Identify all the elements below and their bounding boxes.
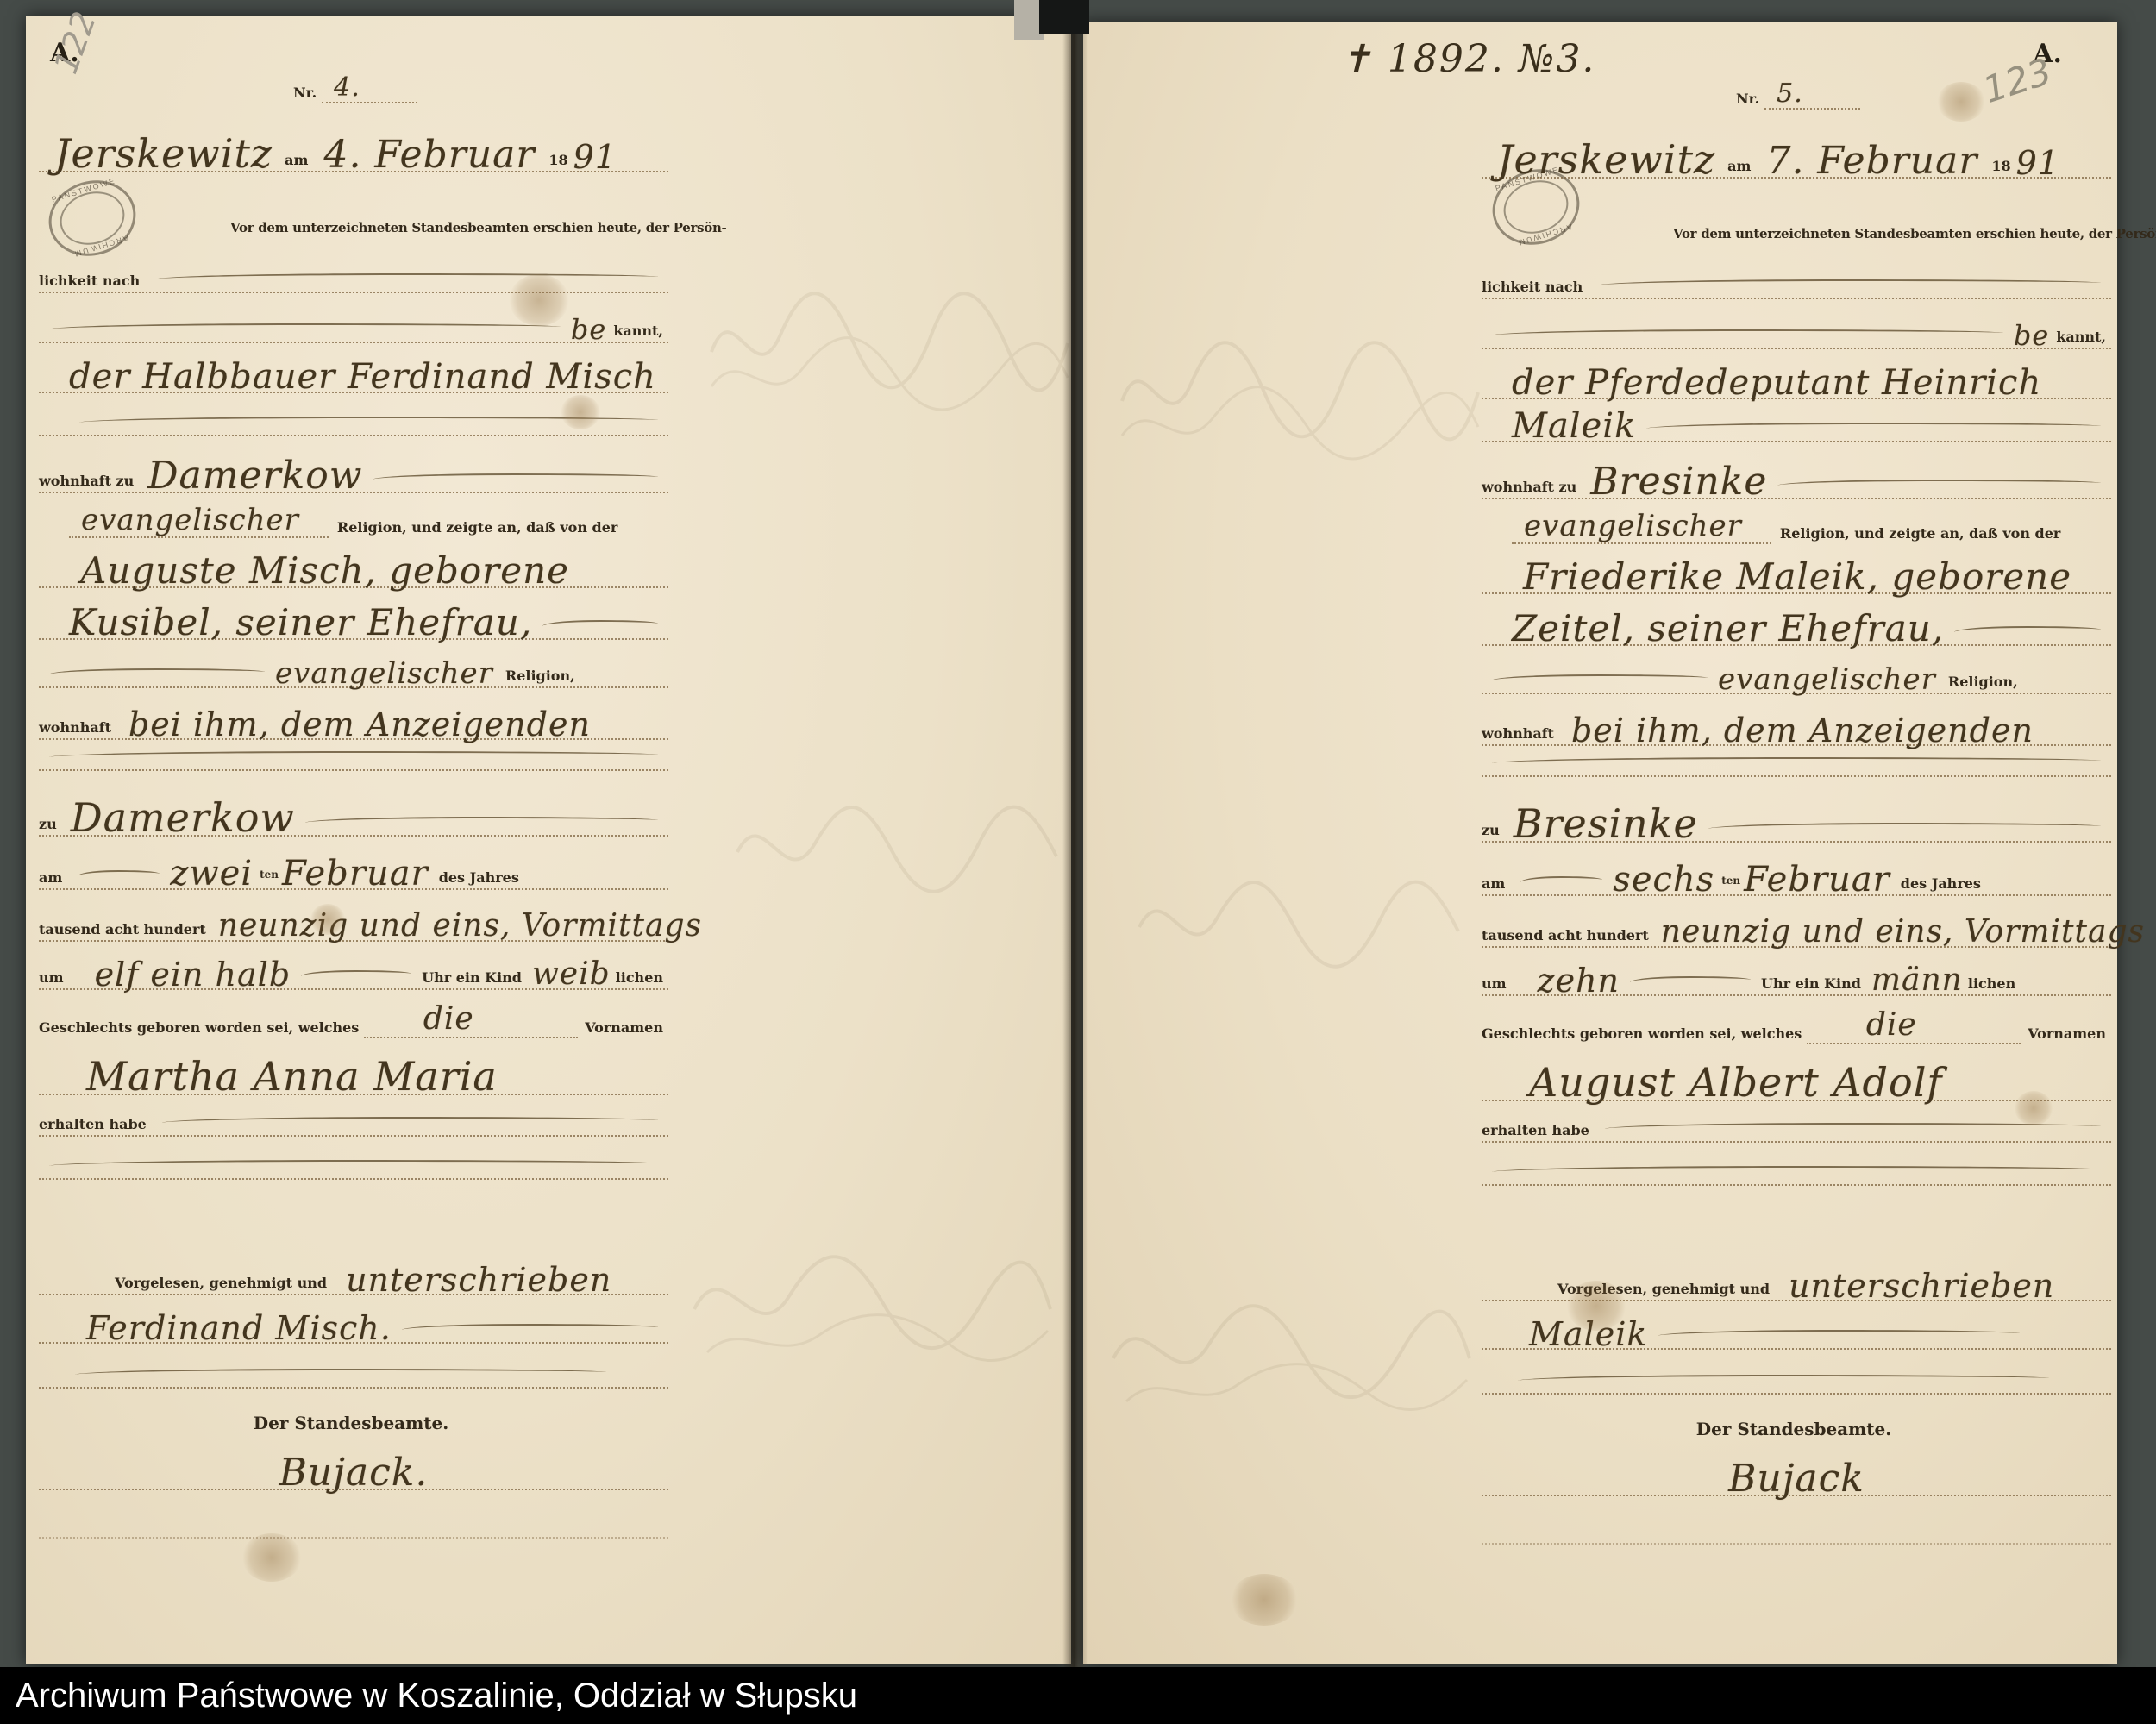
blank-stroke	[305, 817, 658, 827]
year-suffix: 91	[573, 143, 617, 171]
showthrough-artifact	[1109, 1272, 1471, 1419]
declarant-signature: Ferdinand Misch.	[86, 1314, 392, 1342]
birth-place-value: Damerkow	[62, 801, 295, 835]
declarant-row-1: der Pferdedeputant Heinrich	[1482, 351, 2111, 399]
mother-line2: Zeitel, seiner Ehefrau,	[1512, 613, 1944, 644]
birth-date-row: am zwei ten Februar des Jahres	[39, 842, 668, 890]
declarant-row-2: Maleik	[1482, 401, 2111, 442]
religion-row-1: evangelischer Religion, und zeigte an, d…	[39, 495, 668, 538]
wohnhaft-label: wohnhaft	[39, 721, 116, 738]
ten-label: ten	[1714, 875, 1744, 894]
blank-row	[39, 747, 668, 771]
kannt-label: kannt,	[606, 324, 668, 342]
showthrough-artifact	[733, 792, 1061, 912]
showthrough-artifact	[707, 274, 1069, 412]
year-prefix: 18	[1977, 160, 2015, 177]
form-column: Nr. 5. Jerskewitz am 7. Februar 18 91 Vo…	[1482, 22, 2111, 1600]
blank-stroke	[1708, 823, 2101, 833]
blank-stroke	[49, 751, 658, 762]
declarant-line1: der Halbbauer Ferdinand Misch	[69, 362, 656, 392]
birth-year-row: tausend acht hundert neunzig und eins, V…	[1482, 901, 2111, 948]
signature-row: Ferdinand Misch.	[39, 1299, 668, 1344]
residence-value: Bresinke	[1582, 466, 1767, 498]
archive-caption-text: Archiwum Państwowe w Koszalinie, Oddział…	[16, 1677, 857, 1715]
erhalten-row: erhalten habe	[39, 1104, 668, 1137]
birth-month-value: Februar	[1744, 865, 1890, 894]
blank-stroke	[1492, 674, 1708, 685]
residence-row: wohnhaft zu Damerkow	[39, 440, 668, 493]
lichen-label: lichen	[1963, 977, 2021, 994]
place-value: Jerskewitz	[1497, 143, 1715, 177]
place-date-row: Jerskewitz am 7. Februar 18 91	[1482, 104, 2111, 179]
blank-stroke	[1492, 1166, 2101, 1176]
book-gutter-shadow	[1062, 0, 1088, 1668]
mother-line2: Kusibel, seiner Ehefrau,	[69, 607, 532, 638]
intro-line2: lichkeit nach	[1482, 280, 1588, 298]
registrar-signature-row: Bujack	[1482, 1443, 2111, 1496]
birth-time-value: elf ein halb	[69, 961, 291, 988]
wohnhaft-value: bei ihm, dem Anzeigenden	[116, 711, 591, 738]
blank-stroke	[542, 620, 658, 630]
form-column: Nr. 4. Jerskewitz am 4. Februar 18 91 Vo…	[39, 16, 668, 1594]
intro-row: Vor dem unterzeichneten Standesbeamten e…	[1482, 222, 2111, 244]
blank-stroke	[49, 1160, 658, 1170]
erhalten-label: erhalten habe	[1482, 1124, 1595, 1141]
intro-line2: lichkeit nach	[39, 274, 145, 292]
register-page-right: A. 123 ✝ 1892. №3. PAŃSTWOWE ARCHIWUM Nr…	[1083, 22, 2117, 1664]
vorgelesen-label: Vorgelesen, genehmigt und	[115, 1276, 332, 1294]
declarant-row-1: der Halbbauer Ferdinand Misch	[39, 345, 668, 393]
zu-label: zu	[1482, 824, 1505, 841]
bekannt-row: be kannt,	[39, 310, 668, 343]
blank-row	[1482, 1365, 2111, 1395]
geschlechts-label: Geschlechts geboren worden sei, welches	[39, 1021, 364, 1038]
showthrough-artifact	[1118, 323, 1480, 461]
blank-stroke	[78, 870, 160, 881]
living-with-row: wohnhaft bei ihm, dem Anzeigenden	[1482, 698, 2111, 746]
father-religion: evangelischer	[69, 508, 329, 538]
year-suffix: 91	[2016, 149, 2059, 177]
birth-place-row: zu Damerkow	[39, 785, 668, 837]
religion-zeigte-label: Religion, und zeigte an, daß von der	[329, 521, 623, 538]
birth-date-row: am sechs ten Februar des Jahres	[1482, 848, 2111, 896]
registrar-label-row: Der Standesbeamte.	[39, 1411, 668, 1435]
um-label: um	[39, 971, 69, 988]
kannt-label: kannt,	[2049, 330, 2111, 348]
blank-stroke	[1520, 876, 1602, 887]
birth-month-value: Februar	[282, 859, 429, 888]
paper-stain	[1566, 1281, 1626, 1331]
geschlechts-row: Geschlechts geboren worden sei, welches …	[1482, 1006, 2111, 1044]
unterschrieben-hand: unterschrieben	[332, 1266, 611, 1294]
registrar-signature: Bujack	[1728, 1463, 1865, 1495]
article-hand: die	[1807, 1012, 2021, 1044]
year-prefix: 18	[535, 154, 573, 171]
showthrough-artifact	[1135, 867, 1463, 987]
birth-place-value: Bresinke	[1505, 807, 1698, 841]
child-names-value: Martha Anna Maria	[86, 1060, 498, 1094]
intro-line1: Vor dem unterzeichneten Standesbeamten e…	[1673, 228, 2156, 244]
am2-label: am	[39, 871, 67, 888]
mother-religion: evangelischer	[275, 661, 493, 686]
birth-time-value: zehn	[1512, 967, 1620, 994]
paper-stain	[2015, 1091, 2053, 1125]
uhr-ein-kind-label: Uhr ein Kind	[1761, 977, 1866, 994]
declarant-line2: Maleik	[1512, 411, 1636, 441]
binding-clip-dark	[1039, 0, 1089, 34]
blank-stroke	[402, 1324, 658, 1334]
father-religion: evangelischer	[1512, 514, 1771, 544]
blank-stroke	[1598, 279, 2101, 290]
blank-stroke	[162, 1117, 658, 1127]
religion-row-2: evangelischer Religion,	[1482, 653, 2111, 694]
birth-year-value: neunzig und eins, Vormittags	[1654, 919, 2145, 946]
mother-religion: evangelischer	[1718, 668, 1936, 693]
blank-stroke	[1492, 329, 2003, 340]
geschlechts-row: Geschlechts geboren worden sei, welches …	[39, 1000, 668, 1038]
vorgelesen-row: Vorgelesen, genehmigt und unterschrieben	[39, 1247, 668, 1295]
paper-stain	[561, 395, 600, 429]
intro-line1: Vor dem unterzeichneten Standesbeamten e…	[230, 222, 731, 238]
blank-stroke	[1658, 1330, 2020, 1340]
des-jahres-label: des Jahres	[1890, 877, 1986, 894]
geschlechts-label: Geschlechts geboren worden sei, welches	[1482, 1027, 1807, 1044]
blank-row	[1482, 753, 2111, 777]
lichen-label: lichen	[611, 971, 668, 988]
intro-row: Vor dem unterzeichneten Standesbeamten e…	[39, 216, 668, 238]
living-with-row: wohnhaft bei ihm, dem Anzeigenden	[39, 692, 668, 740]
unterschrieben-hand: unterschrieben	[1775, 1272, 2054, 1300]
registrar-signature: Bujack.	[279, 1457, 429, 1489]
am2-label: am	[1482, 877, 1510, 894]
mother-row-2: Kusibel, seiner Ehefrau,	[39, 590, 668, 640]
blank-stroke	[1518, 1375, 2049, 1385]
wohnhaft-label: wohnhaft	[1482, 727, 1559, 744]
mother-row-1: Auguste Misch, geborene	[39, 540, 668, 588]
child-names-row: Martha Anna Maria	[39, 1040, 668, 1095]
residence-value: Damerkow	[139, 460, 362, 492]
erhalten-label: erhalten habe	[39, 1118, 152, 1135]
birth-place-row: zu Bresinke	[1482, 791, 2111, 843]
tausend-label: tausend acht hundert	[39, 923, 211, 940]
article-hand: die	[364, 1006, 578, 1038]
des-jahres-label: des Jahres	[429, 871, 524, 888]
child-names-row: August Albert Adolf	[1482, 1046, 2111, 1101]
gender-hand: weib	[527, 962, 611, 988]
blank-stroke	[1954, 626, 2101, 636]
standesbeamte-label: Der Standesbeamte.	[1696, 1420, 1896, 1441]
blank-stroke	[49, 668, 265, 679]
child-names-value: August Albert Adolf	[1529, 1066, 1942, 1100]
place-value: Jerskewitz	[54, 137, 273, 171]
zu-label: zu	[39, 818, 62, 835]
blank-stroke	[155, 273, 658, 284]
um-label: um	[1482, 977, 1512, 994]
tausend-label: tausend acht hundert	[1482, 929, 1654, 946]
birth-day-value: sechs	[1613, 865, 1714, 894]
blank-stroke	[373, 473, 658, 484]
blank-stroke	[1646, 423, 2101, 433]
be-hand: be	[571, 318, 606, 342]
paper-stain	[241, 1533, 302, 1582]
showthrough-artifact	[690, 1223, 1052, 1370]
identity-row: lichkeit nach	[39, 266, 668, 293]
religion-label: Religion,	[493, 669, 580, 686]
archive-caption-bar: Archiwum Państwowe w Koszalinie, Oddział…	[0, 1667, 2156, 1724]
paper-stain	[1937, 82, 1985, 122]
blank-stroke	[49, 323, 561, 334]
mother-line1: Auguste Misch, geborene	[80, 555, 569, 586]
paper-stain	[509, 274, 569, 326]
religion-zeigte-label: Religion, und zeigte an, daß von der	[1771, 527, 2065, 544]
ten-label: ten	[253, 869, 282, 888]
residence-row: wohnhaft zu Bresinke	[1482, 446, 2111, 499]
birth-time-row: um zehn Uhr ein Kind männ lichen	[1482, 951, 2111, 996]
birth-year-row: tausend acht hundert neunzig und eins, V…	[39, 895, 668, 942]
registrar-label-row: Der Standesbeamte.	[1482, 1417, 2111, 1441]
mother-row-2: Zeitel, seiner Ehefrau,	[1482, 596, 2111, 646]
birth-time-row: um elf ein halb Uhr ein Kind weib lichen	[39, 945, 668, 990]
wohnhaft-zu-label: wohnhaft zu	[1482, 480, 1582, 498]
registrar-signature-row: Bujack.	[39, 1437, 668, 1490]
faint-rule	[1482, 1539, 2111, 1545]
gender-hand: männ	[1866, 968, 1963, 994]
bekannt-row: be kannt,	[1482, 317, 2111, 349]
date-value: 7. Februar	[1756, 145, 1977, 177]
wohnhaft-zu-label: wohnhaft zu	[39, 474, 139, 492]
blank-row	[1482, 1160, 2111, 1186]
paper-stain	[310, 904, 345, 935]
religion-label: Religion,	[1936, 675, 2023, 693]
paper-stain	[1230, 1574, 1299, 1626]
am-label: am	[1715, 160, 1756, 177]
wohnhaft-value: bei ihm, dem Anzeigenden	[1559, 717, 2034, 744]
declarant-line1: der Pferdedeputant Heinrich	[1512, 368, 2041, 398]
mother-row-1: Friederike Maleik, geborene	[1482, 546, 2111, 594]
standesbeamte-label: Der Standesbeamte.	[254, 1414, 454, 1435]
blank-stroke	[1630, 976, 1751, 987]
blank-stroke	[301, 970, 411, 981]
place-date-row: Jerskewitz am 4. Februar 18 91	[39, 98, 668, 172]
blank-stroke	[1777, 480, 2101, 490]
blank-stroke	[75, 1369, 606, 1379]
birth-day-value: zwei	[170, 859, 253, 888]
blank-row	[39, 1154, 668, 1180]
vornamen-label: Vornamen	[2021, 1027, 2111, 1044]
faint-rule	[39, 1533, 668, 1539]
scanned-register-photo: A. 122 PAŃSTWOWE ARCHIWUM Nr. 4. Jerskew…	[0, 0, 2156, 1724]
uhr-ein-kind-label: Uhr ein Kind	[422, 971, 527, 988]
date-value: 4. Februar	[313, 139, 535, 171]
blank-stroke	[1492, 757, 2101, 768]
religion-row-2: evangelischer Religion,	[39, 647, 668, 688]
register-page-left: A. 122 PAŃSTWOWE ARCHIWUM Nr. 4. Jerskew…	[26, 16, 1071, 1664]
be-hand: be	[2014, 324, 2049, 348]
identity-row: lichkeit nach	[1482, 272, 2111, 299]
am-label: am	[273, 154, 313, 171]
blank-row	[39, 1359, 668, 1389]
mother-line1: Friederike Maleik, geborene	[1523, 561, 2071, 592]
religion-row-1: evangelischer Religion, und zeigte an, d…	[1482, 501, 2111, 544]
birth-year-value: neunzig und eins, Vormittags	[211, 913, 702, 940]
vornamen-label: Vornamen	[578, 1021, 668, 1038]
